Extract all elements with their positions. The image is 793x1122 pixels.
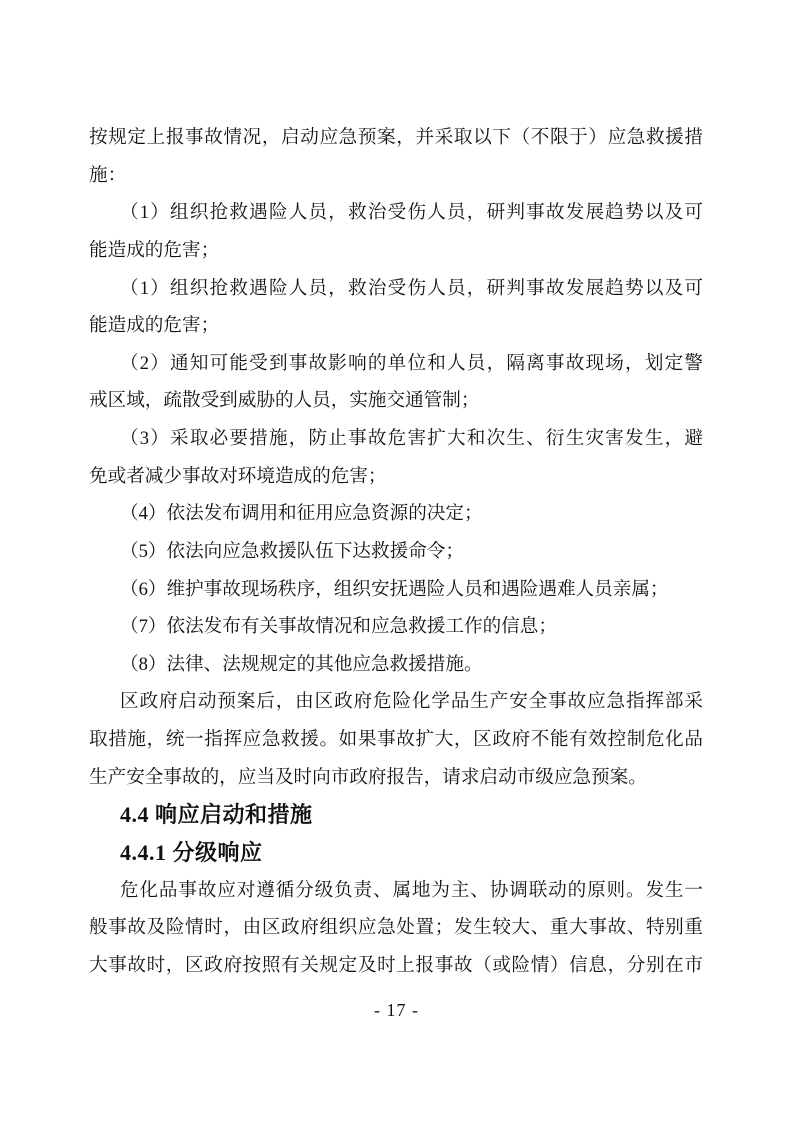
text-line: 免或者减少事故对环境造成的危害；	[89, 458, 703, 496]
text-line: （6）维护事故现场秩序，组织安抚遇险人员和遇险遇难人员亲属；	[89, 571, 703, 609]
page-number: - 17 -	[0, 995, 793, 1025]
text-line: （1）组织抢救遇险人员，救治受伤人员，研判事故发展趋势以及可	[89, 270, 703, 308]
heading-line: 4.4 响应启动和措施	[89, 796, 703, 834]
text-line: 取措施，统一指挥应急救援。如果事故扩大，区政府不能有效控制危化品	[89, 721, 703, 759]
text-line: 按规定上报事故情况，启动应急预案，并采取以下（不限于）应急救援措	[89, 119, 703, 157]
text-line: （1）组织抢救遇险人员，救治受伤人员，研判事故发展趋势以及可	[89, 194, 703, 232]
text-line: （4）依法发布调用和征用应急资源的决定；	[89, 495, 703, 533]
text-line: 能造成的危害；	[89, 307, 703, 345]
text-line: 大事故时，区政府按照有关规定及时上报事故（或险情）信息，分别在市	[89, 947, 703, 985]
text-line: 施：	[89, 157, 703, 195]
text-line: （3）采取必要措施，防止事故危害扩大和次生、衍生灾害发生，避	[89, 420, 703, 458]
text-line: 危化品事故应对遵循分级负责、属地为主、协调联动的原则。发生一	[89, 872, 703, 910]
text-line: 般事故及险情时，由区政府组织应急处置；发生较大、重大事故、特别重	[89, 909, 703, 947]
heading-line: 4.4.1 分级响应	[89, 834, 703, 872]
text-line: 区政府启动预案后，由区政府危险化学品生产安全事故应急指挥部采	[89, 683, 703, 721]
document-page: 按规定上报事故情况，启动应急预案，并采取以下（不限于）应急救援措施：（1）组织抢…	[0, 0, 793, 1122]
page-body: 按规定上报事故情况，启动应急预案，并采取以下（不限于）应急救援措施：（1）组织抢…	[89, 119, 703, 984]
text-line: （2）通知可能受到事故影响的单位和人员，隔离事故现场，划定警	[89, 345, 703, 383]
text-line: （5）依法向应急救援队伍下达救援命令；	[89, 533, 703, 571]
text-line: 生产安全事故的，应当及时向市政府报告，请求启动市级应急预案。	[89, 759, 703, 797]
text-line: 戒区域，疏散受到威胁的人员，实施交通管制；	[89, 382, 703, 420]
text-line: （7）依法发布有关事故情况和应急救援工作的信息；	[89, 608, 703, 646]
text-line: 能造成的危害；	[89, 232, 703, 270]
text-line: （8）法律、法规规定的其他应急救援措施。	[89, 646, 703, 684]
